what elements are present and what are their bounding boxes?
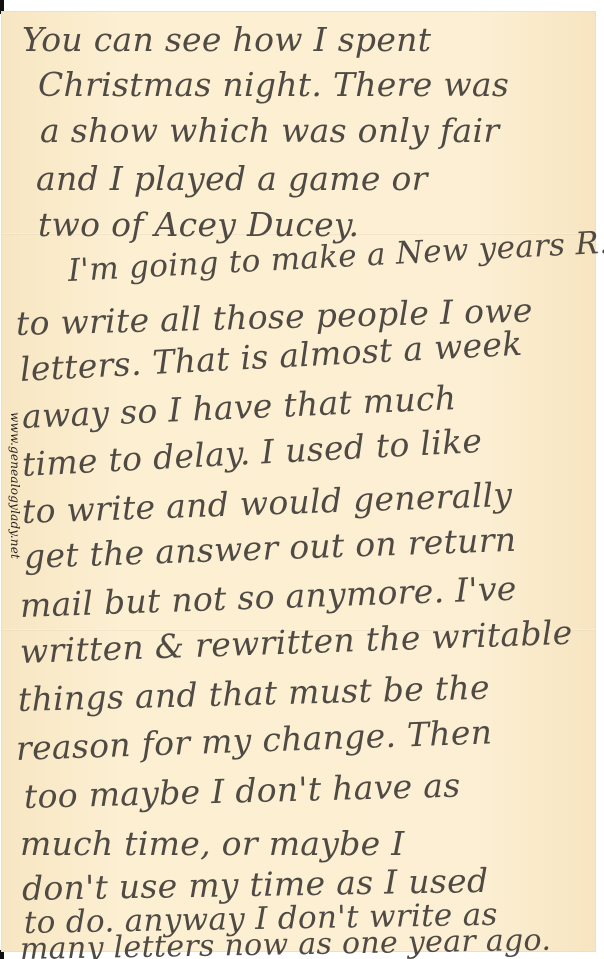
handwritten-line: reason for my change. Then — [15, 712, 493, 768]
handwritten-line: two of Acey Ducey. — [38, 205, 359, 244]
handwritten-line: much time, or maybe I — [20, 824, 405, 863]
handwritten-line: Christmas night. There was — [38, 65, 509, 104]
handwritten-line: things and that must be the — [17, 668, 490, 719]
handwritten-line: too maybe I don't have as — [23, 766, 460, 816]
handwritten-line: You can see how I spent — [22, 20, 431, 59]
scan-edge-mark-bottom — [0, 950, 4, 959]
letter-page: www.genealogylady.net You can see how I … — [2, 12, 595, 951]
handwritten-line: and I played a game or — [36, 159, 428, 198]
handwritten-line: a show which was only fair — [40, 111, 499, 150]
